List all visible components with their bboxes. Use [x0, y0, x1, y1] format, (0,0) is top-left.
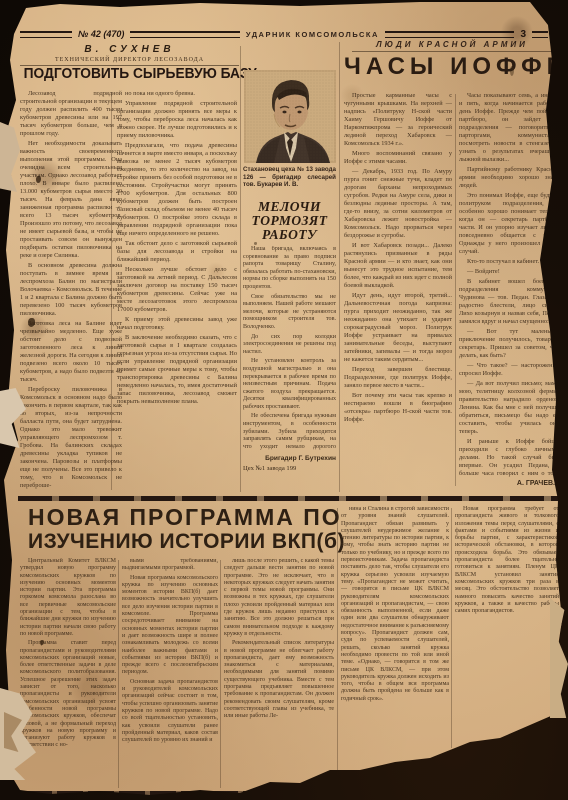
- column-rule: [455, 94, 456, 486]
- paragraph: — Декабрь, 1933 год. По Амуру пурга гони…: [344, 168, 452, 240]
- masthead-rule-right: [532, 31, 548, 38]
- paragraph: Не обеспечена бригада нужным инструменто…: [243, 413, 336, 452]
- paragraph: Не установлен контроль за воздушной маги…: [243, 358, 336, 411]
- paragraph: К приему этой древесины завод уже начал …: [117, 316, 237, 332]
- paragraph: выми требованиями, выдвигаемыми программ…: [122, 558, 218, 573]
- paragraph: И вот Хабаровск позади... Далеко растяну…: [344, 242, 452, 290]
- program-headline-line1: НОВАЯ ПРОГРАММА ПО: [28, 504, 340, 530]
- paragraph: лишь после этого решить, с какой темы сл…: [224, 558, 334, 638]
- program-signature-initials: М. С.: [538, 743, 555, 750]
- masthead-title: УДАРНИК КОМСОМОЛЬСКА: [246, 30, 379, 39]
- paragraph: — Да вот получил письмо; маму мою, телят…: [459, 380, 559, 436]
- left-article-column-2: но пока ни одного бревна.Управление подр…: [117, 90, 237, 492]
- scan-background: № 42 (470) УДАРНИК КОМСОМОЛЬСКА 3 В. СУХ…: [0, 0, 568, 800]
- stakhanovite-portrait-photo: [244, 70, 336, 163]
- masthead-issue-number: № 42 (470): [78, 29, 124, 39]
- paragraph: В заключение необходимо сказать, что с з…: [117, 334, 237, 406]
- left-article-byline: В. СУХНЕВ: [20, 44, 239, 55]
- paragraph: но пока ни одного бревна.: [117, 90, 237, 98]
- ioffe-column-2: Часы показывают семь, а иногда и пять, к…: [459, 92, 559, 477]
- paragraph: И раньше к Иоффе бойцы приходили с глубо…: [459, 438, 559, 477]
- paragraph: Наша бригада, включаясь в соревнование з…: [243, 246, 336, 292]
- stakhanovite-signature-sub: Цех №1 завода 199: [243, 465, 336, 472]
- column-rule: [337, 508, 338, 770]
- left-article-headline: ПОДГОТОВИТЬ СЫРЬЕВУЮ БАЗУ: [24, 66, 236, 82]
- stakhanovite-body: Наша бригада, включаясь в соревнование з…: [243, 246, 336, 452]
- stakhanovite-headline-line2: ТОРМОЗЯТ: [243, 214, 336, 228]
- paragraph: Центральный Комитет ВЛКСМ утвердил новую…: [20, 558, 116, 638]
- paragraph: В основном древесина должна поступать в …: [20, 262, 122, 318]
- column-rule: [451, 508, 452, 748]
- paragraph: До сих пор колодки электросоединения не …: [243, 334, 336, 357]
- stakhanovite-headline-line1: МЕЛОЧИ: [243, 200, 336, 214]
- section-divider-rule: [18, 496, 558, 501]
- paragraph: Это понимал Иоффе, еще будучи политруком…: [459, 192, 559, 256]
- paragraph: — Вот тут маленькое приключение получило…: [459, 328, 559, 360]
- paragraph: Переброску пиловочника в Комсомольск в о…: [20, 386, 122, 490]
- paragraph: Кто-то постучал в кабинет.: [459, 258, 559, 266]
- ioffe-signature: А. ГРАЧЕВ.: [459, 479, 555, 487]
- photo-caption: Стахановец цеха № 13 завода 126 — бригад…: [243, 166, 336, 189]
- left-article-byline-role: ТЕХНИЧЕСКИЙ ДИРЕКТОР ЛЕСОЗАВОДА: [20, 57, 239, 66]
- paragraph: Простые карманные часы с чугунными крышк…: [344, 92, 452, 148]
- paragraph: Заготовка леса на Балине идет чрезвычайн…: [20, 320, 122, 384]
- paragraph: — Что такое? — настороженно спросил Иофф…: [459, 362, 559, 378]
- program-column-5: Новая программа требует от пропагандиста…: [455, 506, 559, 742]
- left-article-column-1: Лесозавод подрядной строительной организ…: [20, 90, 122, 492]
- paragraph: Много воспоминаний связано у Иоффе с эти…: [344, 150, 452, 166]
- stakhanovite-signature-name: Бригадир Г. Бутрехин: [265, 455, 336, 462]
- column-rule: [220, 560, 221, 788]
- program-signature: М. С.: [455, 742, 555, 750]
- ioffe-kicker: ЛЮДИ КРАСНОЙ АРМИИ: [352, 40, 552, 52]
- paragraph: Идут день, идут второй, третий... Дальне…: [344, 292, 452, 364]
- paragraph: Несколько лучше обстоит дело с заготовко…: [117, 266, 237, 314]
- paragraph: Новая программа требует от пропагандиста…: [455, 506, 559, 615]
- paragraph: Управление подрядной строительной органи…: [117, 100, 237, 140]
- program-column-4: нина и Сталина в строгой зависимости от …: [341, 506, 449, 770]
- column-rule: [111, 92, 112, 490]
- paragraph: Основная задача пропагандистов и руковод…: [122, 679, 218, 745]
- paragraph: Часы показывают семь, а иногда и пять, к…: [459, 92, 559, 164]
- ioffe-column-1: Простые карманные часы с чугунными крышк…: [344, 92, 452, 492]
- torn-paper-fragment: [550, 598, 568, 718]
- program-column-1: Центральный Комитет ВЛКСМ утвердил новую…: [20, 558, 116, 792]
- program-column-3: лишь после этого решить, с какой темы сл…: [224, 558, 334, 788]
- stakhanovite-signature: Бригадир Г. Бутрехин: [243, 455, 336, 462]
- stakhanovite-headline: МЕЛОЧИ ТОРМОЗЯТ РАБОТУ: [243, 200, 336, 242]
- paragraph: Так обстоит дело с заготовкой сырьевой б…: [117, 240, 237, 264]
- paragraph: Новая программа комсомольского кружка по…: [122, 575, 218, 677]
- paragraph: Свое обязательство мы не выполняем. Наше…: [243, 294, 336, 332]
- stakhanovite-headline-line3: РАБОТУ: [243, 228, 336, 242]
- paragraph: В кабинет вошел боец из подразделения ко…: [459, 278, 559, 326]
- ink-stain: [254, 242, 257, 245]
- masthead-rule-mid-left: [130, 31, 240, 38]
- ioffe-headline: ЧАСЫ ИОФФЕ: [344, 53, 558, 81]
- paragraph: Рекомендательный список литературы в нов…: [224, 640, 334, 720]
- paragraph: Предполагали, что подача древесины начне…: [117, 142, 237, 238]
- column-rule: [339, 42, 340, 492]
- paragraph: Вот почему эти часы так крепко и нестира…: [344, 392, 452, 424]
- program-headline-line2: ИЗУЧЕНИЮ ИСТОРИИ ВКП(б): [28, 530, 340, 554]
- program-column-2: выми требованиями, выдвигаемыми программ…: [122, 558, 218, 790]
- paragraph: Партийному работнику Красной армии необх…: [459, 166, 559, 190]
- column-rule: [118, 560, 119, 788]
- column-rule: [240, 46, 241, 492]
- bottom-edge-rule: [26, 791, 246, 795]
- masthead-page-number: 3: [520, 29, 526, 40]
- paragraph: Переход завершен блестяще. Подразделение…: [344, 366, 452, 390]
- paragraph: нина и Сталина в строгой зависимости от …: [341, 506, 449, 703]
- paragraph: Нет необходимости доказывать важность св…: [20, 140, 122, 260]
- masthead-rule-left: [20, 31, 72, 38]
- ioffe-signature-name: А. ГРАЧЕВ.: [517, 480, 555, 487]
- newspaper-page: № 42 (470) УДАРНИК КОМСОМОЛЬСКА 3 В. СУХ…: [0, 0, 568, 800]
- masthead-rule-mid-right: [385, 31, 515, 38]
- paragraph: Программа ставит перед пропагандистами и…: [20, 640, 116, 749]
- paragraph: — Войдите!: [459, 268, 559, 276]
- paragraph: Лесозавод подрядной строительной организ…: [20, 90, 122, 138]
- program-headline: НОВАЯ ПРОГРАММА ПО ИЗУЧЕНИЮ ИСТОРИИ ВКП(…: [28, 504, 340, 554]
